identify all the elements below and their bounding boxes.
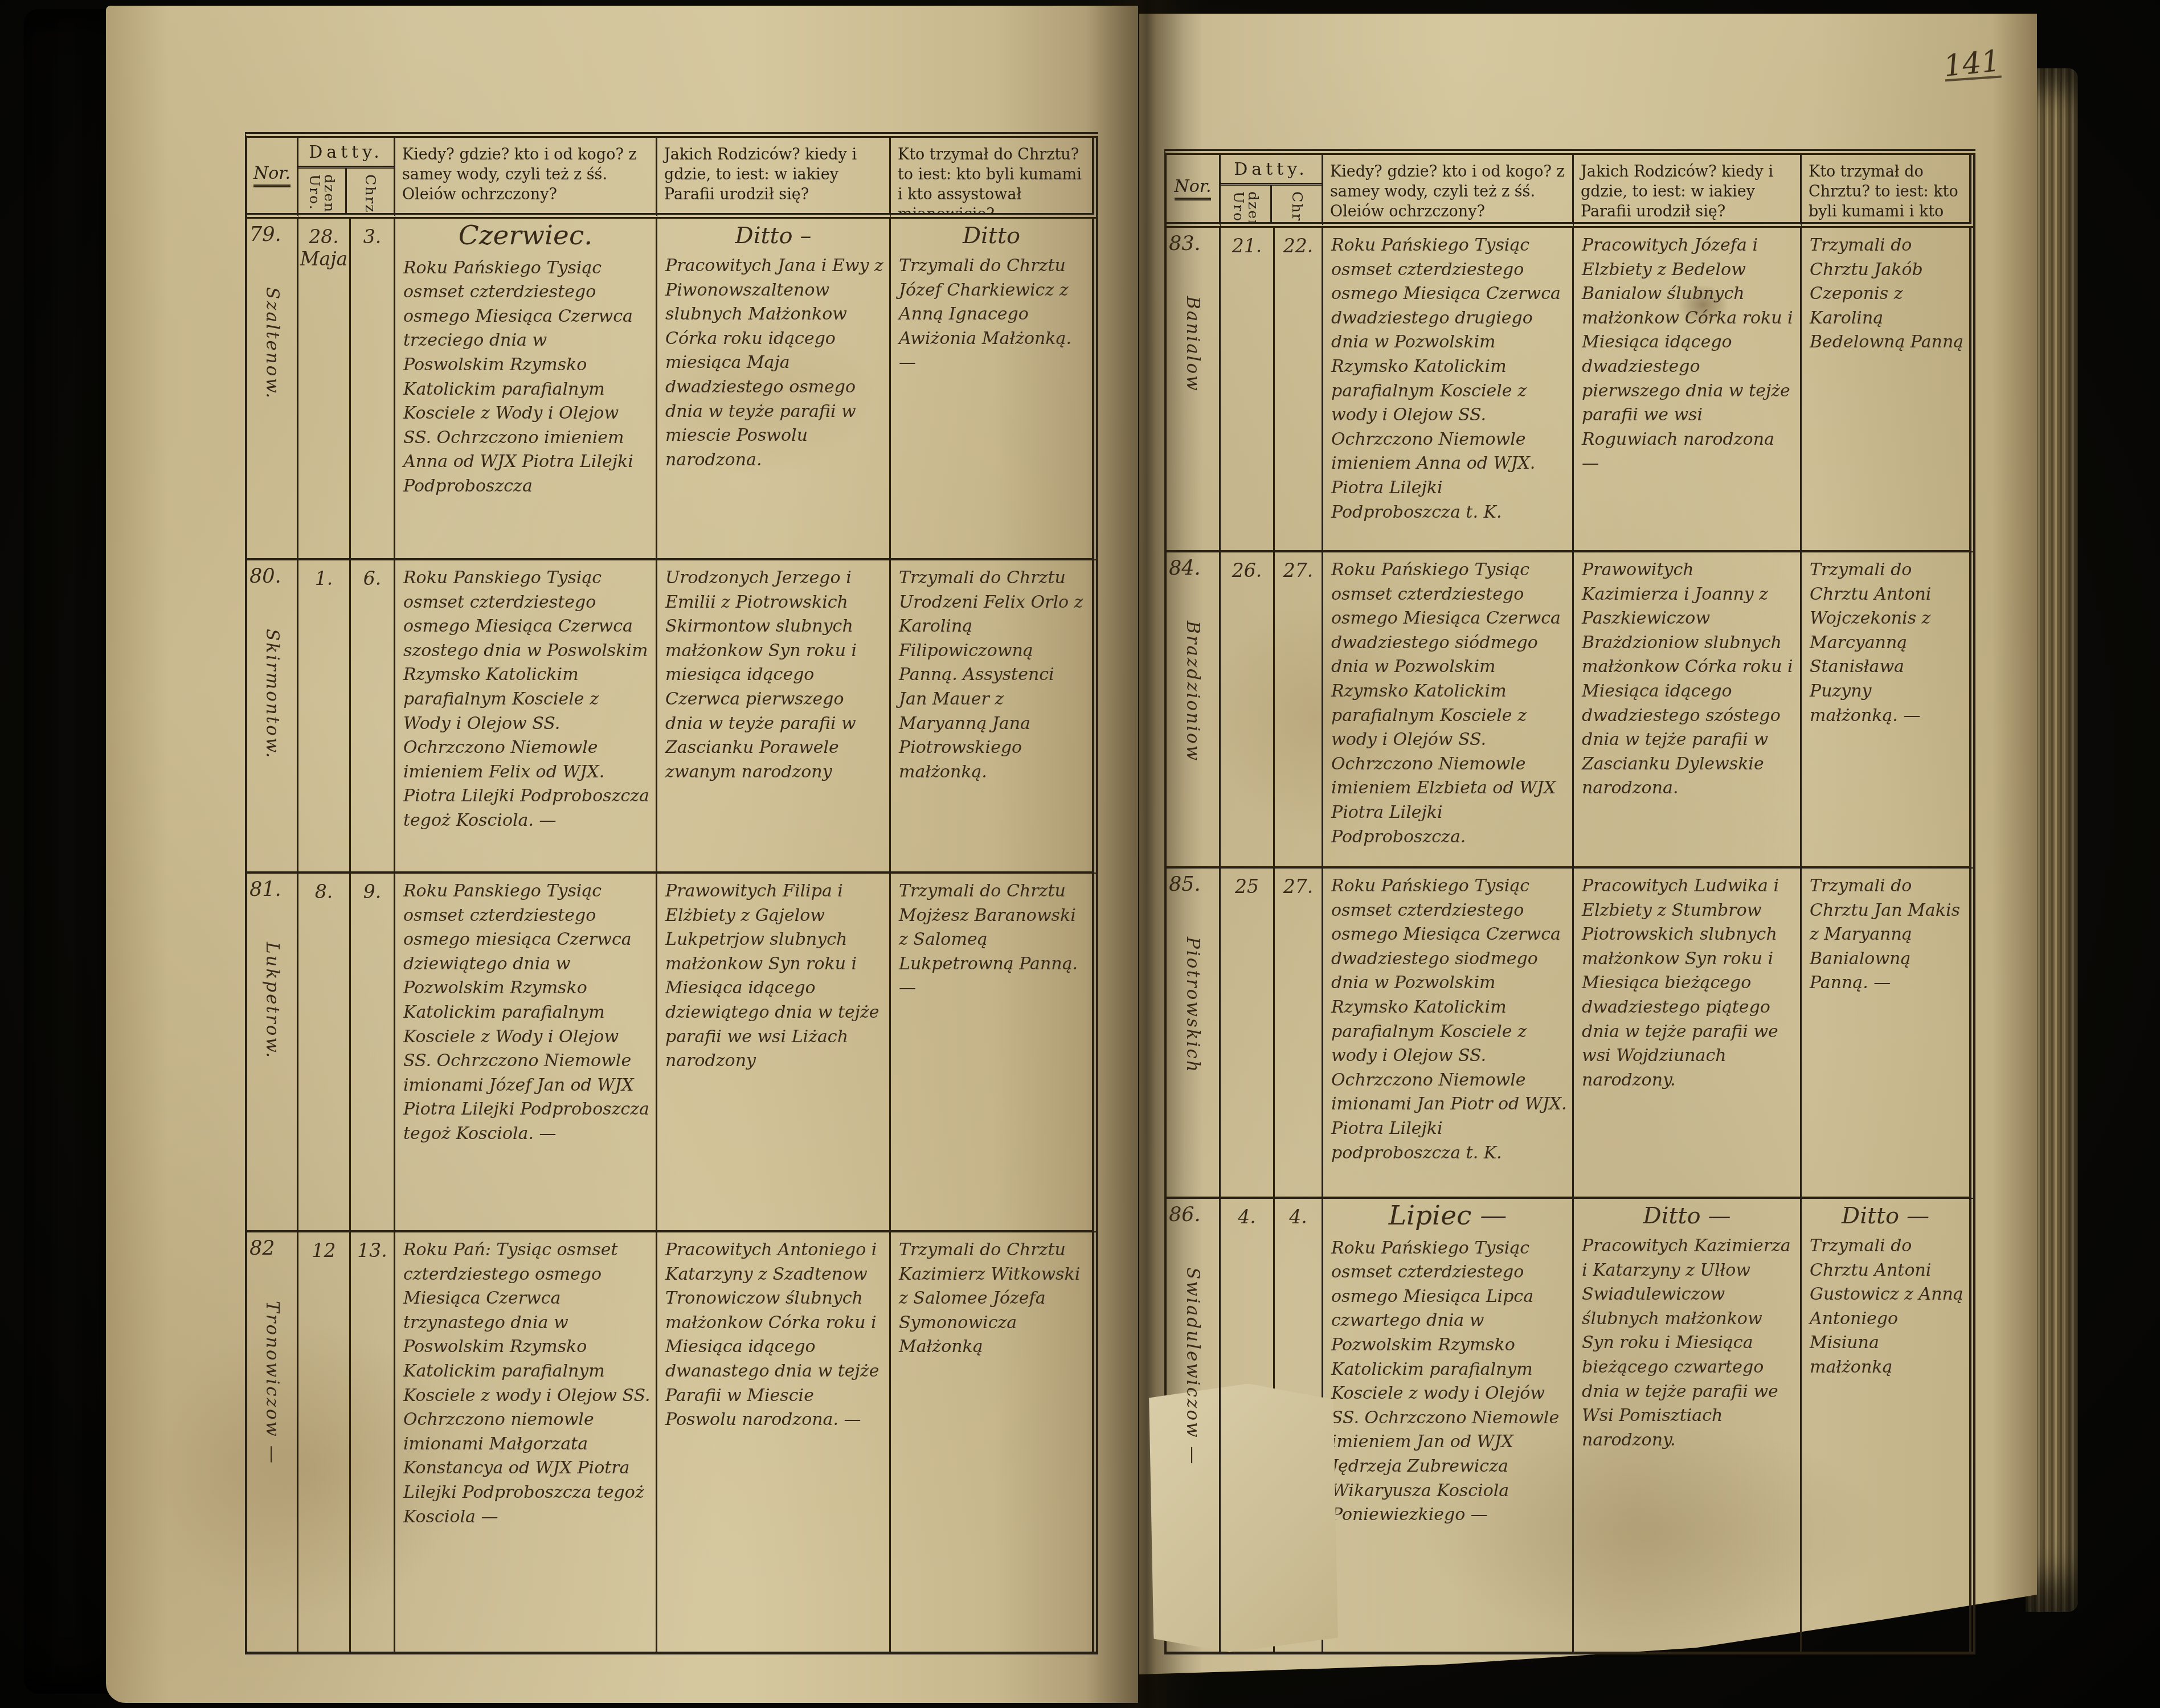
column-header-baptism-question: Kiedy? gdzie? kto i od kogo? z samey wod… — [1323, 155, 1574, 228]
entry-number: 82 — [249, 1237, 275, 1260]
parents-cell: Pracowitych Ludwika i Elzbiety z Stumbro… — [1574, 869, 1802, 1199]
column-header-birth: Uro. dzenia. — [1221, 186, 1272, 228]
parents-cell: Ditto — Pracowitych Kazimierza i Katarzy… — [1574, 1199, 1802, 1652]
godparents-cell: Trzymali do Chrztu Jan Makis z Maryanną … — [1802, 869, 1975, 1199]
entry-number: 86. — [1169, 1203, 1201, 1226]
godparents-text: Trzymali do Chrztu Antoni Gustowicz z An… — [1802, 1228, 1969, 1380]
baptism-label: Chrztu. — [1289, 191, 1304, 228]
margin-surname: Piotrowskich — [1183, 937, 1203, 1074]
entry-number-cell: 82 Tronowiczow — — [247, 1232, 298, 1652]
birth-date: 21. — [1221, 228, 1275, 552]
godparents-cell: Trzymali do Chrztu Kazimierz Witkowski z… — [891, 1232, 1098, 1652]
baptism-record-text: Roku Pańskiego Tysiąc osmset czterdziest… — [1323, 1231, 1572, 1527]
baptism-record-text: Roku Panskiego Tysiąc osmset czterdziest… — [395, 874, 656, 1146]
godparents-cell: Trzymali do Chrztu Antoni Wojczekonis z … — [1802, 552, 1975, 869]
margin-surname: Lukpetrow. — [262, 942, 283, 1059]
parents-text: Prawowitych Filipa i Elżbiety z Gajelow … — [657, 874, 889, 1074]
dates-label: Datty. — [298, 138, 394, 169]
birth-label-2: dzenia. — [1246, 191, 1261, 228]
column-header-birth: Uro. dzenia. — [298, 169, 347, 219]
column-header-godparents-question: Kto trzymał do Chrztu? to iest: kto byli… — [891, 138, 1098, 219]
birth-date: 26. — [1221, 552, 1275, 869]
parents-text: Pracowitych Józefa i Elzbiety z Bedelow … — [1574, 228, 1800, 476]
baptism-label: Chrztu. — [363, 174, 378, 219]
parents-text: Prawowitych Kazimierza i Joanny z Paszki… — [1574, 552, 1800, 801]
godparents-text: Trzymali do Chrztu Józef Charkiewicz z A… — [891, 248, 1092, 375]
column-header-dates: Datty. Uro. dzenia. Chrztu. — [1221, 155, 1323, 228]
birth-date: 8. — [298, 874, 351, 1232]
ditto-heading: Ditto — [891, 219, 1092, 248]
parents-cell: Pracowitych Antoniego i Katarzyny z Szad… — [657, 1232, 891, 1652]
margin-surname: Swiadulewiczow — — [1183, 1267, 1203, 1465]
margin-surname: Skirmontow. — [262, 629, 283, 760]
column-header-parents-question: Jakich Rodziców? kiedy i gdzie, to iest:… — [657, 138, 891, 219]
baptism-record-text: Roku Pańskiego Tysiąc osmset czterdziest… — [1323, 869, 1572, 1165]
month-heading: Lipiec — — [1323, 1199, 1572, 1231]
parents-cell: Ditto – Pracowitych Jana i Ewy z Piwonow… — [657, 219, 891, 560]
margin-surname: Szaltenow. — [262, 287, 283, 400]
godparents-text: Trzymali do Chrztu Jan Makis z Maryanną … — [1802, 869, 1969, 996]
birth-label-2: dzenia. — [322, 174, 337, 219]
baptism-record-cell: Lipiec — Roku Pańskiego Tysiąc osmset cz… — [1323, 1199, 1574, 1652]
column-header-number: Nor. — [1167, 155, 1221, 228]
baptism-record-text: Roku Pań: Tysiąc osmset czterdziestego o… — [395, 1232, 656, 1529]
baptism-record-text: Roku Pańskiego Tysiąc osmset czterdziest… — [1323, 228, 1572, 525]
baptism-date: 27. — [1275, 552, 1323, 869]
parents-text: Pracowitych Jana i Ewy z Piwonowszalteno… — [657, 248, 889, 472]
column-header-godparents-question: Kto trzymał do Chrztu? to iest: kto byli… — [1802, 155, 1975, 228]
baptism-record-cell: Roku Pań: Tysiąc osmset czterdziestego o… — [395, 1232, 657, 1652]
baptism-date: 22. — [1275, 228, 1323, 552]
godparents-cell: Trzymali do Chrztu Jakób Czeponis z Karo… — [1802, 228, 1975, 552]
birth-label-1: Uro. — [307, 174, 322, 211]
column-header-dates: Datty. Uro. dzenia. Chrztu. — [298, 138, 395, 219]
entry-number-cell: 81. Lukpetrow. — [247, 874, 298, 1232]
birth-date: 25 — [1221, 869, 1275, 1199]
birth-label-1: Uro. — [1230, 191, 1245, 228]
number-label: Nor. — [1175, 177, 1212, 200]
godparents-text: Trzymali do Chrztu Kazimierz Witkowski z… — [891, 1232, 1092, 1359]
book-fore-edge-left — [24, 9, 109, 1694]
parents-cell: Prawowitych Filipa i Elżbiety z Gajelow … — [657, 874, 891, 1232]
column-header-baptism-question: Kiedy? gdzie? kto i od kogo? z samey wod… — [395, 138, 657, 219]
column-header-number: Nor. — [247, 138, 298, 219]
baptism-date: 6. — [351, 560, 395, 874]
entry-number-cell: 84. Brazdzioniow — [1167, 552, 1221, 869]
dates-label: Datty. — [1221, 155, 1322, 186]
entry-number: 81. — [249, 878, 281, 901]
ditto-heading: Ditto — — [1802, 1199, 1969, 1228]
column-header-baptism: Chrztu. — [347, 169, 394, 219]
baptism-record-text: Roku Panskiego Tysiąc osmset czterdziest… — [395, 560, 656, 833]
parents-cell: Pracowitych Józefa i Elzbiety z Bedelow … — [1574, 228, 1802, 552]
baptism-record-text: Roku Pańskiego Tysiąc osmset czterdziest… — [395, 251, 656, 499]
entry-number-cell: 80. Skirmontow. — [247, 560, 298, 874]
parents-text: Pracowitych Antoniego i Katarzyny z Szad… — [657, 1232, 889, 1432]
baptism-record-cell: Roku Panskiego Tysiąc osmset czterdziest… — [395, 874, 657, 1232]
godparents-cell: Ditto — Trzymali do Chrztu Antoni Gustow… — [1802, 1199, 1975, 1652]
baptism-record-text: Roku Pańskiego Tysiąc osmset czterdziest… — [1323, 552, 1572, 849]
entry-number: 85. — [1169, 873, 1201, 896]
entry-number: 80. — [249, 565, 281, 588]
entry-number-cell: 83. Banialow — [1167, 228, 1221, 552]
register-table-left: Nor. Datty. Uro. dzenia. Chrztu. Kiedy? … — [245, 132, 1098, 1654]
margin-surname: Brazdzioniow — [1183, 621, 1203, 762]
ditto-heading: Ditto — — [1574, 1199, 1800, 1228]
baptism-date: 27. — [1275, 869, 1323, 1199]
book-scan: Nor. Datty. Uro. dzenia. Chrztu. Kiedy? … — [0, 0, 2160, 1708]
godparents-text: Trzymali do Chrztu Antoni Wojczekonis z … — [1802, 552, 1969, 728]
baptism-record-cell: Roku Pańskiego Tysiąc osmset czterdziest… — [1323, 552, 1574, 869]
month-heading: Czerwiec. — [395, 219, 656, 251]
ditto-heading: Ditto – — [657, 219, 889, 248]
birth-date: 28. Maja — [298, 219, 351, 560]
parents-text: Urodzonych Jerzego i Emilii z Piotrowski… — [657, 560, 889, 784]
parents-text: Pracowitych Ludwika i Elzbiety z Stumbro… — [1574, 869, 1800, 1092]
margin-surname: Tronowiczow — — [262, 1301, 283, 1465]
entry-number: 83. — [1169, 232, 1201, 255]
baptism-record-cell: Czerwiec. Roku Pańskiego Tysiąc osmset c… — [395, 219, 657, 560]
entry-number-cell: 85. Piotrowskich — [1167, 869, 1221, 1199]
entry-number-cell: 86. Swiadulewiczow — — [1167, 1199, 1221, 1652]
birth-date: 12 — [298, 1232, 351, 1652]
entry-number: 79. — [249, 223, 281, 246]
godparents-cell: Ditto Trzymali do Chrztu Józef Charkiewi… — [891, 219, 1098, 560]
entry-number-cell: 79. Szaltenow. — [247, 219, 298, 560]
godparents-cell: Trzymali do Chrztu Mojżesz Baranowski z … — [891, 874, 1098, 1232]
column-header-baptism: Chrztu. — [1272, 186, 1322, 228]
baptism-date: 3. — [351, 219, 395, 560]
baptism-date: 13. — [351, 1232, 395, 1652]
number-label: Nor. — [253, 163, 291, 187]
baptism-date: 9. — [351, 874, 395, 1232]
godparents-text: Trzymali do Chrztu Mojżesz Baranowski z … — [891, 874, 1092, 1001]
godparents-text: Trzymali do Chrztu Jakób Czeponis z Karo… — [1802, 228, 1969, 355]
baptism-record-cell: Roku Pańskiego Tysiąc osmset czterdziest… — [1323, 869, 1574, 1199]
margin-surname: Banialow — [1183, 296, 1203, 392]
birth-date: 1. — [298, 560, 351, 874]
parents-cell: Prawowitych Kazimierza i Joanny z Paszki… — [1574, 552, 1802, 869]
page-number: 141 — [1942, 44, 2002, 83]
baptism-record-cell: Roku Panskiego Tysiąc osmset czterdziest… — [395, 560, 657, 874]
entry-number: 84. — [1169, 557, 1201, 580]
parents-text: Pracowitych Kazimierza i Katarzyny z Ulł… — [1574, 1228, 1800, 1452]
column-header-parents-question: Jakich Rodziców? kiedy i gdzie, to iest:… — [1574, 155, 1802, 228]
godparents-text: Trzymali do Chrztu Urodzeni Felix Orlo z… — [891, 560, 1092, 784]
godparents-cell: Trzymali do Chrztu Urodzeni Felix Orlo z… — [891, 560, 1098, 874]
parents-cell: Urodzonych Jerzego i Emilii z Piotrowski… — [657, 560, 891, 874]
baptism-record-cell: Roku Pańskiego Tysiąc osmset czterdziest… — [1323, 228, 1574, 552]
